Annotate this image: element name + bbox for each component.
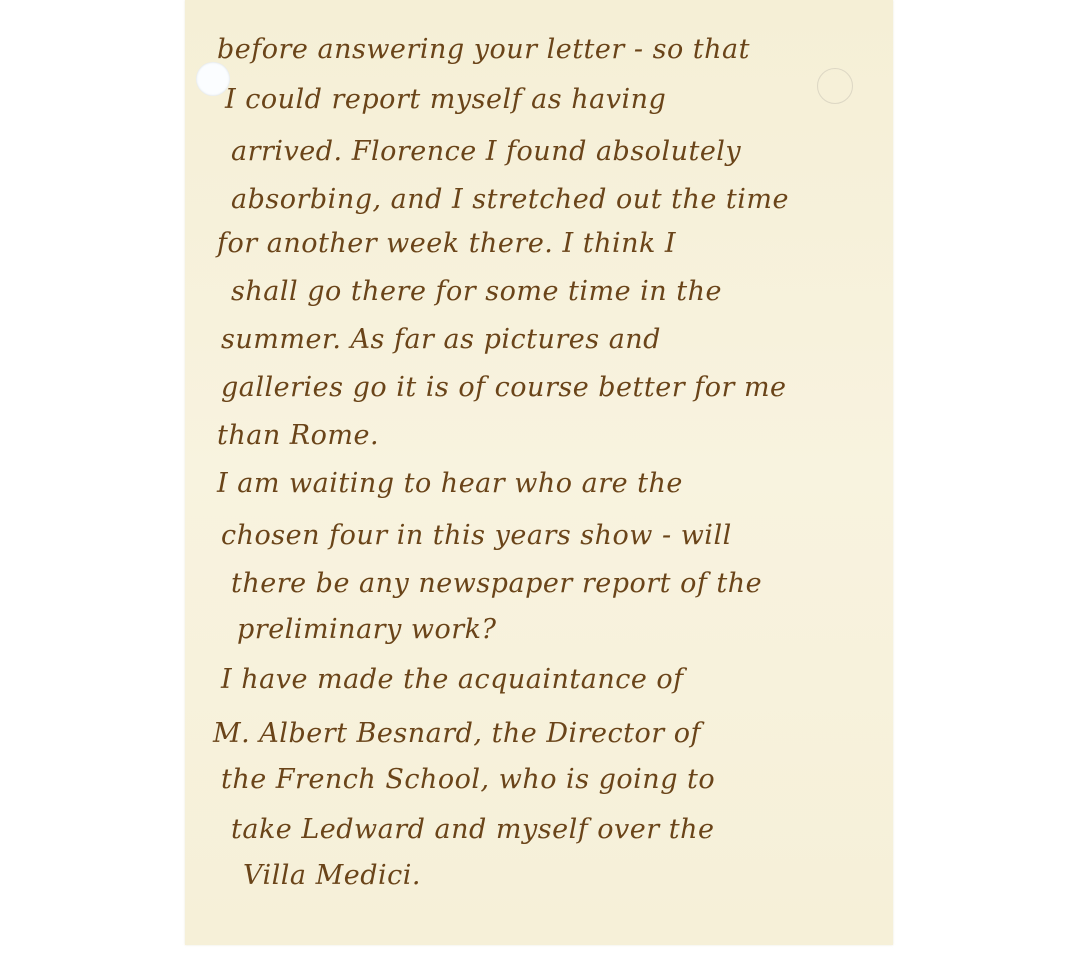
letter-line: take Ledward and myself over the [231, 816, 715, 843]
letter-line: I have made the acquaintance of [221, 666, 684, 693]
letter-line: for another week there. I think I [217, 230, 676, 257]
letter-line: arrived. Florence I found absolutely [231, 138, 741, 165]
letter-line: summer. As far as pictures and [221, 326, 661, 353]
letter-line: M. Albert Besnard, the Director of [213, 720, 701, 747]
letter-line: I am waiting to hear who are the [217, 470, 683, 497]
letter-line: I could report myself as having [225, 86, 666, 113]
letter-page: before answering your letter - so that I… [185, 0, 893, 945]
letter-line: preliminary work? [237, 616, 497, 643]
letter-line: Villa Medici. [243, 862, 421, 889]
letter-line: there be any newspaper report of the [231, 570, 762, 597]
punch-hole-right [817, 68, 853, 104]
letter-line: shall go there for some time in the [231, 278, 722, 305]
letter-line: before answering your letter - so that [217, 36, 750, 63]
letter-line: absorbing, and I stretched out the time [231, 186, 789, 213]
letter-line: chosen four in this years show - will [221, 522, 732, 549]
letter-line: than Rome. [217, 422, 379, 449]
letter-line: galleries go it is of course better for … [221, 374, 787, 401]
letter-line: the French School, who is going to [221, 766, 715, 793]
